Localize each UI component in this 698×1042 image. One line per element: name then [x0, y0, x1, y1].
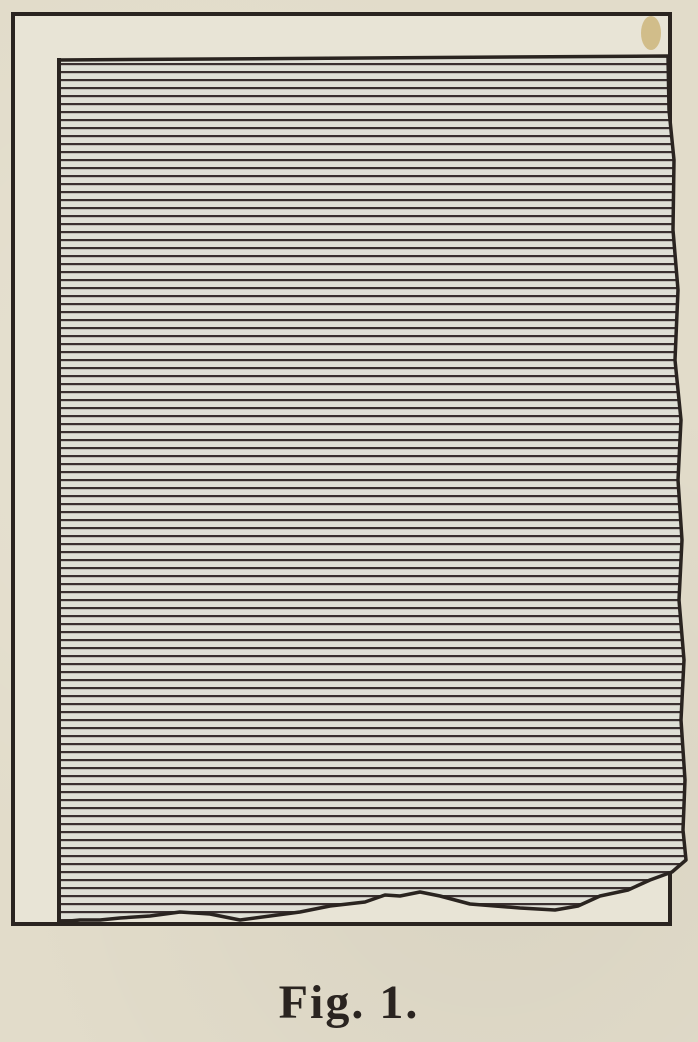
- hatched-sheet: [59, 56, 686, 922]
- stain-mark: [641, 16, 661, 50]
- figure-caption: Fig. 1.: [0, 975, 698, 1030]
- figure-illustration: [0, 0, 698, 960]
